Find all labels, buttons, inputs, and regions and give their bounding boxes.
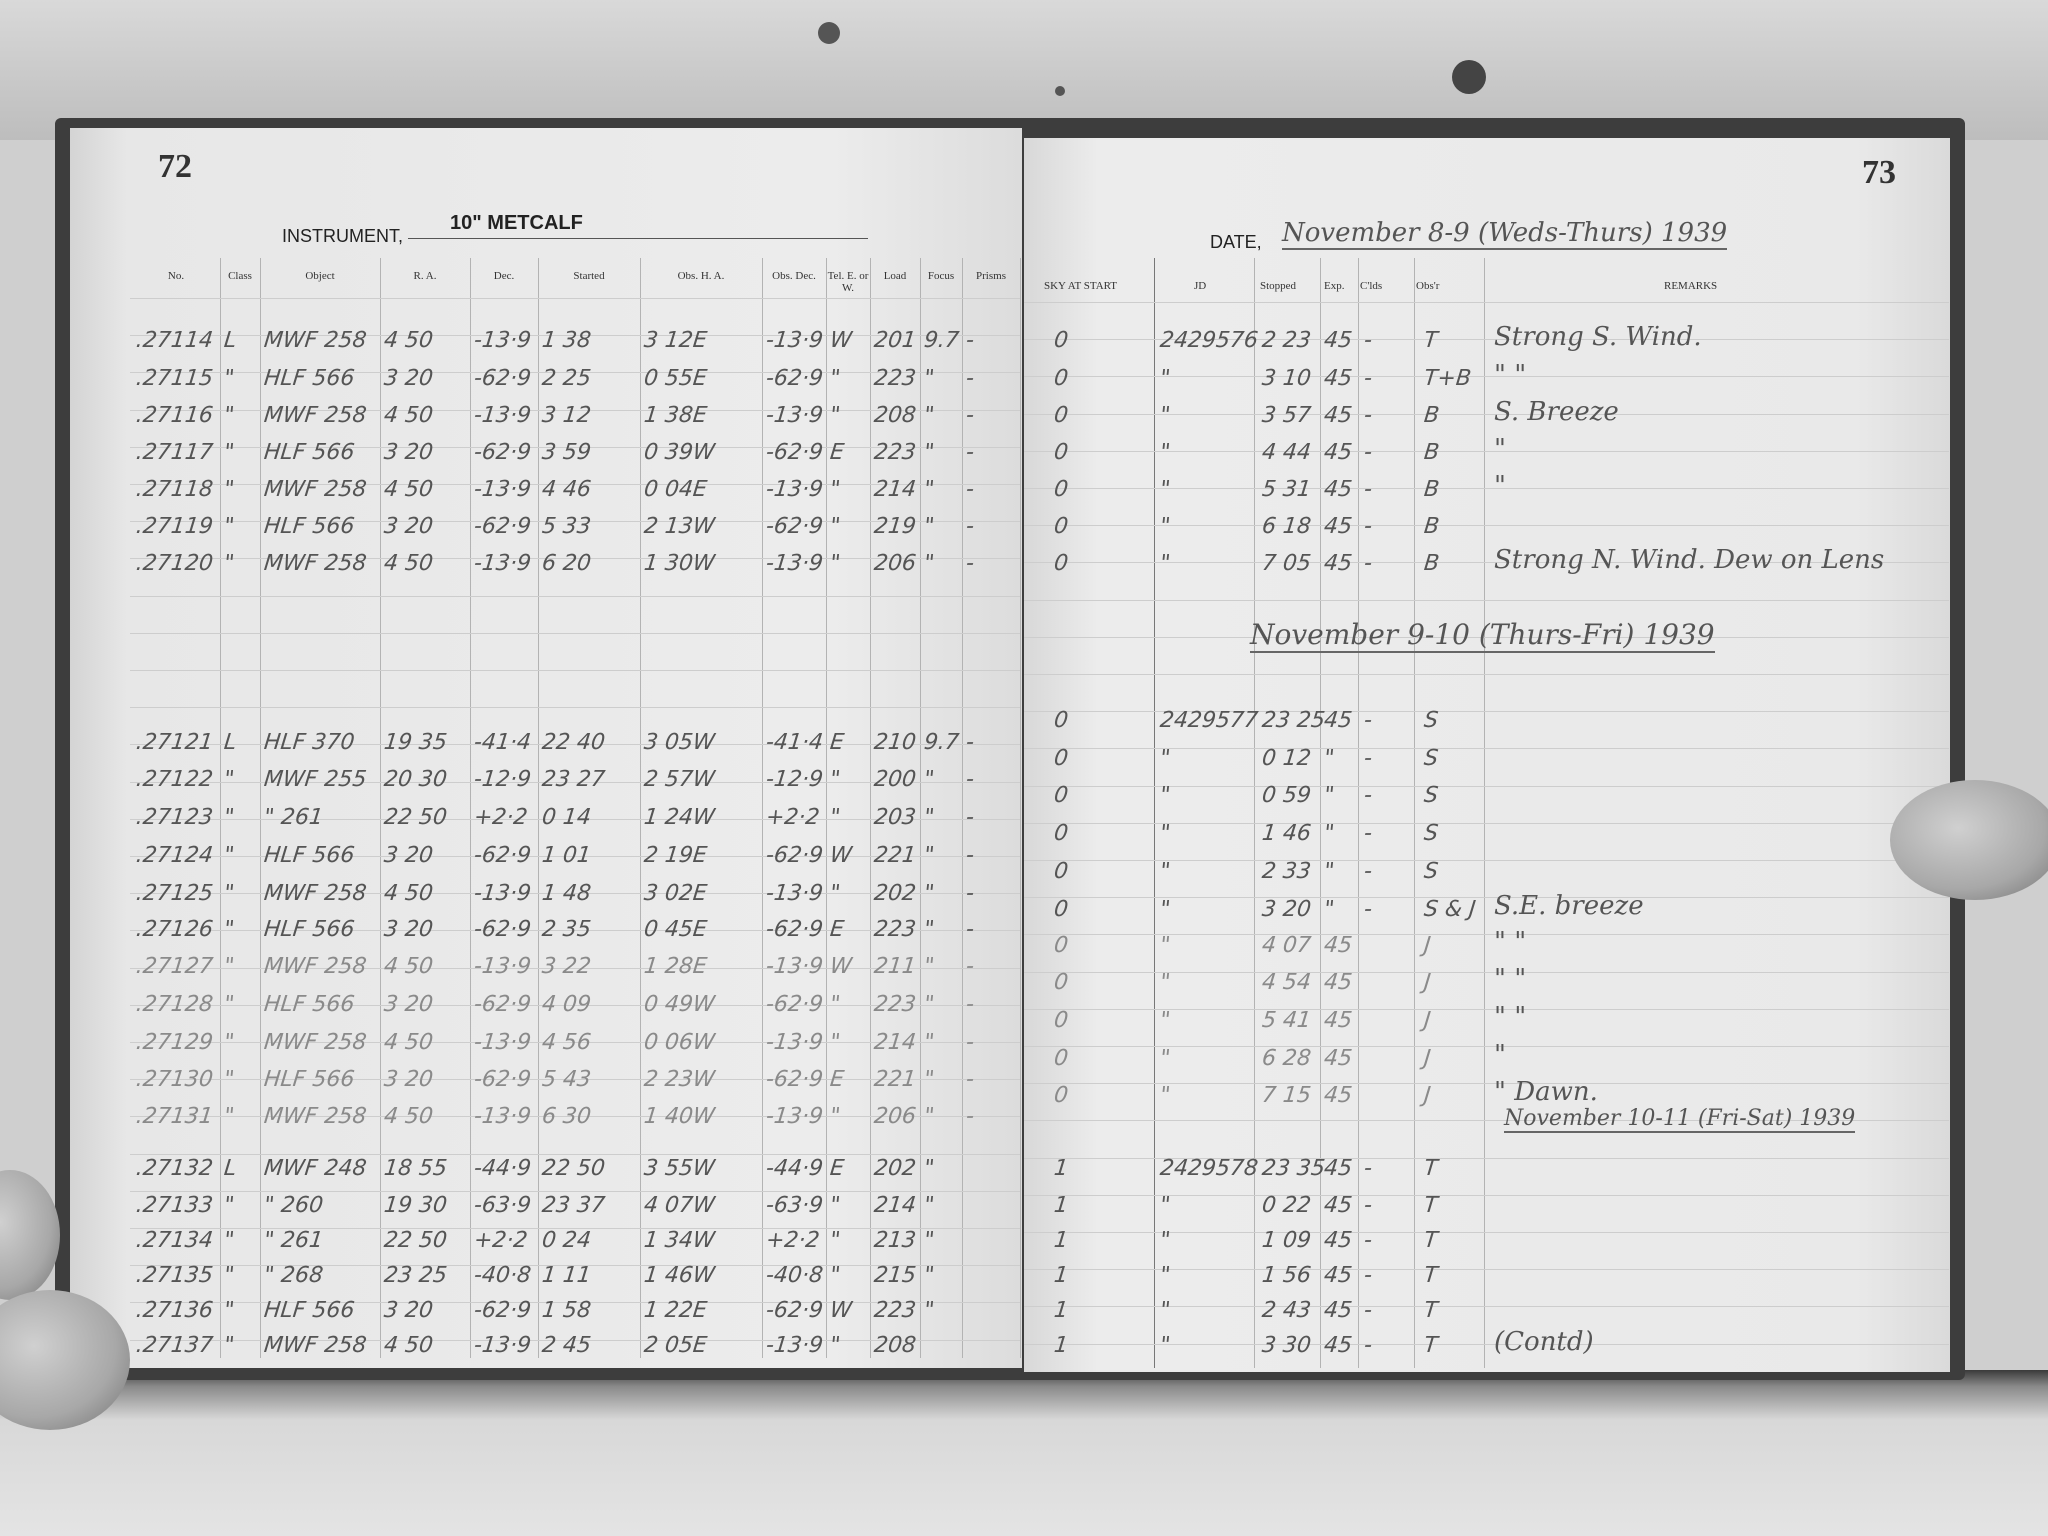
cell-jd: " (1159, 859, 1172, 884)
section-date-heading: November 10-11 (Fri-Sat) 1939 (1504, 1106, 1855, 1133)
cell-load: 208 (873, 1333, 918, 1358)
instrument-label: INSTRUMENT, (282, 226, 403, 247)
cell-focus: " (923, 805, 936, 830)
cell-focus: " (923, 1030, 936, 1055)
cell-class: L (223, 1156, 238, 1181)
cell-tel: " (829, 477, 842, 502)
cell-no: .27129 (135, 1030, 215, 1055)
cell-exp: " (1323, 859, 1336, 884)
column-rule (220, 258, 221, 1358)
cell-clds: - (1363, 403, 1374, 428)
cell-ra: 3 20 (383, 440, 435, 465)
cell-ha: 0 06W (643, 1030, 716, 1055)
cell-obs: J (1423, 1008, 1432, 1033)
cell-prism: - (965, 328, 976, 353)
column-header: Load (870, 270, 920, 282)
cell-clds: - (1363, 1156, 1374, 1181)
cell-started: 3 59 (541, 440, 593, 465)
cell-class: " (223, 514, 236, 539)
cell-tel: " (829, 1228, 842, 1253)
column-rule (920, 258, 921, 1358)
cell-prism: - (965, 366, 976, 391)
cell-stopped: 1 56 (1261, 1263, 1313, 1288)
cell-prism: - (965, 1104, 976, 1129)
cell-started: 22 40 (541, 730, 607, 755)
cell-ha: 3 55W (643, 1156, 716, 1181)
cell-remark: (Contd) (1494, 1327, 1594, 1357)
cell-clds: - (1363, 366, 1374, 391)
cell-ha: 2 57W (643, 767, 716, 792)
cell-load: 201 (873, 328, 918, 353)
cell-obs: T+B (1423, 366, 1473, 391)
cell-dec: -62·9 (473, 992, 533, 1017)
row-rule (130, 298, 1020, 299)
cell-clds: - (1363, 1263, 1374, 1288)
cell-jd: " (1159, 1228, 1172, 1253)
cell-clds: - (1363, 708, 1374, 733)
cell-sky: 0 (1053, 366, 1070, 391)
cell-stopped: 4 07 (1261, 933, 1313, 958)
cell-focus: 9.7 (923, 328, 961, 353)
cell-dec: +2·2 (473, 805, 529, 830)
column-header: Started (538, 270, 640, 282)
cell-exp: 45 (1323, 366, 1354, 391)
cell-started: 1 11 (541, 1263, 593, 1288)
right-page: 73 DATE, November 8-9 (Weds-Thurs) 1939 … (1024, 138, 1950, 1372)
cell-remark: Strong N. Wind. Dew on Lens (1494, 545, 1884, 575)
cell-ra: 23 25 (383, 1263, 449, 1288)
cell-ha: 1 40W (643, 1104, 716, 1129)
cell-tel: " (829, 805, 842, 830)
cell-started: 2 45 (541, 1333, 593, 1358)
cell-load: 206 (873, 551, 918, 576)
cell-ha: 1 22E (643, 1298, 709, 1323)
cell-tel: W (829, 328, 853, 353)
cell-no: .27115 (135, 366, 215, 391)
cell-jd: " (1159, 821, 1172, 846)
cell-no: .27121 (135, 730, 215, 755)
cell-obs: B (1423, 551, 1441, 576)
cell-ra: 4 50 (383, 1104, 435, 1129)
cell-obs_dec: -13·9 (765, 954, 825, 979)
cell-obs: T (1423, 328, 1439, 353)
cell-load: 219 (873, 514, 918, 539)
cell-remark: S.E. breeze (1494, 891, 1644, 921)
column-rule (1320, 258, 1321, 1368)
cell-exp: 45 (1323, 933, 1354, 958)
cell-focus: " (923, 477, 936, 502)
cell-dec: -13·9 (473, 1104, 533, 1129)
cell-jd: " (1159, 1333, 1172, 1358)
page-number: 73 (1862, 154, 1896, 192)
cell-ra: 4 50 (383, 881, 435, 906)
cell-obs_dec: -12·9 (765, 767, 825, 792)
instrument-underline (408, 238, 868, 239)
cell-jd: " (1159, 440, 1172, 465)
column-rule (1254, 258, 1255, 1368)
cell-obs_dec: -62·9 (765, 917, 825, 942)
cell-stopped: 0 22 (1261, 1193, 1313, 1218)
cell-dec: -13·9 (473, 328, 533, 353)
cell-tel: E (829, 440, 846, 465)
cell-clds: - (1363, 783, 1374, 808)
cell-object: MWF 258 (263, 551, 368, 576)
column-header: Obs. Dec. (762, 270, 826, 282)
cell-load: 223 (873, 440, 918, 465)
cell-dec: -13·9 (473, 954, 533, 979)
cell-ra: 19 35 (383, 730, 449, 755)
cell-sky: 1 (1053, 1263, 1070, 1288)
cell-ha: 4 07W (643, 1193, 716, 1218)
cell-obs_dec: -13·9 (765, 881, 825, 906)
cell-started: 6 20 (541, 551, 593, 576)
cell-started: 3 12 (541, 403, 593, 428)
cell-tel: " (829, 1193, 842, 1218)
cell-no: .27116 (135, 403, 215, 428)
cell-started: 0 24 (541, 1228, 593, 1253)
cell-prism: - (965, 767, 976, 792)
cell-jd: " (1159, 366, 1172, 391)
column-header: R. A. (380, 270, 470, 282)
cell-tel: " (829, 403, 842, 428)
cell-obs: T (1423, 1228, 1439, 1253)
cell-load: 223 (873, 366, 918, 391)
cell-load: 200 (873, 767, 918, 792)
cell-dec: -13·9 (473, 1030, 533, 1055)
cell-ra: 3 20 (383, 917, 435, 942)
cell-clds: - (1363, 514, 1374, 539)
row-rule (1024, 302, 1949, 303)
column-rule (538, 258, 539, 1358)
column-rule (1020, 258, 1021, 1358)
cell-object: " 268 (263, 1263, 325, 1288)
cell-tel: E (829, 1156, 846, 1181)
column-header: Focus (920, 270, 962, 282)
cell-focus: " (923, 440, 936, 465)
cell-focus: " (923, 1104, 936, 1129)
cell-ra: 4 50 (383, 551, 435, 576)
cell-obs: J (1423, 1046, 1432, 1071)
cell-stopped: 0 12 (1261, 746, 1313, 771)
cell-obs: J (1423, 1083, 1432, 1108)
cell-no: .27128 (135, 992, 215, 1017)
cell-sky: 0 (1053, 933, 1070, 958)
cell-ra: 4 50 (383, 1030, 435, 1055)
cell-focus: " (923, 767, 936, 792)
cell-prism: - (965, 881, 976, 906)
cell-class: " (223, 1298, 236, 1323)
cell-ra: 3 20 (383, 992, 435, 1017)
cell-load: 210 (873, 730, 918, 755)
cell-started: 23 37 (541, 1193, 607, 1218)
cell-ha: 1 28E (643, 954, 709, 979)
cell-class: " (223, 954, 236, 979)
cell-started: 6 30 (541, 1104, 593, 1129)
cell-ha: 0 55E (643, 366, 709, 391)
cell-no: .27131 (135, 1104, 215, 1129)
cell-object: MWF 258 (263, 1030, 368, 1055)
cell-class: " (223, 917, 236, 942)
cell-obs: T (1423, 1263, 1439, 1288)
cell-no: .27130 (135, 1067, 215, 1092)
row-rule (130, 596, 1020, 597)
cell-obs_dec: -62·9 (765, 992, 825, 1017)
column-header: No. (132, 270, 220, 282)
cell-class: " (223, 440, 236, 465)
cell-focus: " (923, 1298, 936, 1323)
cell-clds: - (1363, 440, 1374, 465)
cell-exp: 45 (1323, 1263, 1354, 1288)
cell-load: 223 (873, 917, 918, 942)
cell-obs: J (1423, 970, 1432, 995)
cell-ra: 4 50 (383, 954, 435, 979)
cell-no: .27120 (135, 551, 215, 576)
cell-load: 214 (873, 477, 918, 502)
cell-focus: " (923, 992, 936, 1017)
row-rule (130, 707, 1020, 708)
cell-ha: 0 49W (643, 992, 716, 1017)
cell-stopped: 3 30 (1261, 1333, 1313, 1358)
cell-remark: S. Breeze (1494, 397, 1619, 427)
cell-focus: " (923, 1156, 936, 1181)
cell-sky: 0 (1053, 328, 1070, 353)
cell-ha: 2 19E (643, 843, 709, 868)
cell-exp: " (1323, 783, 1336, 808)
cell-obs: B (1423, 440, 1441, 465)
cell-object: HLF 566 (263, 1067, 356, 1092)
cell-clds: - (1363, 1228, 1374, 1253)
cell-obs_dec: -62·9 (765, 843, 825, 868)
cell-obs_dec: -63·9 (765, 1193, 825, 1218)
column-header: Prisms (962, 270, 1020, 282)
column-header: Object (260, 270, 380, 282)
cell-stopped: 5 41 (1261, 1008, 1313, 1033)
cell-dec: -62·9 (473, 514, 533, 539)
cell-clds: - (1363, 746, 1374, 771)
cell-sky: 0 (1053, 440, 1070, 465)
cell-exp: 45 (1323, 1156, 1354, 1181)
cell-dec: -62·9 (473, 440, 533, 465)
cell-load: 208 (873, 403, 918, 428)
cell-no: .27119 (135, 514, 215, 539)
cell-object: HLF 370 (263, 730, 356, 755)
cell-stopped: 3 10 (1261, 366, 1313, 391)
column-header: Exp. (1324, 280, 1344, 292)
cell-remark: " (1494, 471, 1506, 501)
cell-focus: " (923, 1228, 936, 1253)
cell-object: MWF 258 (263, 881, 368, 906)
date-value: November 8-9 (Weds-Thurs) 1939 (1282, 218, 1727, 250)
cell-prism: - (965, 514, 976, 539)
cell-class: " (223, 881, 236, 906)
column-rule (962, 258, 963, 1358)
cell-object: " 261 (263, 805, 325, 830)
cell-ha: 3 12E (643, 328, 709, 353)
cell-class: L (223, 730, 238, 755)
cell-remark: " " (1494, 927, 1526, 957)
cell-ra: 3 20 (383, 843, 435, 868)
cell-obs_dec: -13·9 (765, 551, 825, 576)
cell-prism: - (965, 730, 976, 755)
cell-object: MWF 258 (263, 954, 368, 979)
cell-clds: - (1363, 551, 1374, 576)
cell-object: MWF 258 (263, 1104, 368, 1129)
cell-obs_dec: -41·4 (765, 730, 825, 755)
column-rule (762, 258, 763, 1358)
cell-stopped: 4 54 (1261, 970, 1313, 995)
cell-sky: 0 (1053, 1046, 1070, 1071)
cell-object: HLF 566 (263, 514, 356, 539)
cell-obs_dec: -13·9 (765, 328, 825, 353)
cell-started: 1 48 (541, 881, 593, 906)
cell-obs: T (1423, 1333, 1439, 1358)
cell-class: " (223, 1193, 236, 1218)
cell-stopped: 5 31 (1261, 477, 1313, 502)
cell-remark: " " (1494, 964, 1526, 994)
column-header: Class (220, 270, 260, 282)
cell-ra: 4 50 (383, 1333, 435, 1358)
cell-ha: 1 38E (643, 403, 709, 428)
cell-focus: " (923, 917, 936, 942)
cell-tel: W (829, 1298, 853, 1323)
cell-tel: E (829, 917, 846, 942)
cell-exp: 45 (1323, 1228, 1354, 1253)
cell-exp: 45 (1323, 551, 1354, 576)
cell-ra: 3 20 (383, 1067, 435, 1092)
cell-obs: J (1423, 933, 1432, 958)
cell-ha: 2 23W (643, 1067, 716, 1092)
cell-jd: " (1159, 746, 1172, 771)
cell-stopped: 4 44 (1261, 440, 1313, 465)
cell-obs: B (1423, 403, 1441, 428)
cell-focus: " (923, 366, 936, 391)
cell-dec: -13·9 (473, 551, 533, 576)
cell-obs: S & J (1423, 897, 1477, 922)
cell-stopped: 1 09 (1261, 1228, 1313, 1253)
column-rule (640, 258, 641, 1358)
cell-exp: 45 (1323, 1046, 1354, 1071)
cell-load: 203 (873, 805, 918, 830)
cell-jd: " (1159, 1263, 1172, 1288)
cell-exp: 45 (1323, 514, 1354, 539)
cell-class: " (223, 767, 236, 792)
cell-focus: " (923, 551, 936, 576)
cell-stopped: 23 25 (1261, 708, 1327, 733)
cell-obs: T (1423, 1298, 1439, 1323)
cell-object: HLF 566 (263, 917, 356, 942)
section-date-heading: November 9-10 (Thurs-Fri) 1939 (1250, 618, 1715, 653)
cell-stopped: 6 18 (1261, 514, 1313, 539)
cell-obs_dec: -13·9 (765, 403, 825, 428)
cell-ha: 0 39W (643, 440, 716, 465)
cell-object: MWF 255 (263, 767, 368, 792)
cell-sky: 1 (1053, 1193, 1070, 1218)
date-label: DATE, (1210, 232, 1262, 253)
column-rule (470, 258, 471, 1358)
cell-load: 214 (873, 1193, 918, 1218)
cell-class: " (223, 1228, 236, 1253)
cell-no: .27135 (135, 1263, 215, 1288)
cell-ha: 3 02E (643, 881, 709, 906)
cell-started: 4 09 (541, 992, 593, 1017)
cell-obs: S (1423, 708, 1440, 733)
cell-stopped: 0 59 (1261, 783, 1313, 808)
cell-jd: " (1159, 970, 1172, 995)
cell-started: 2 25 (541, 366, 593, 391)
cell-ha: 1 30W (643, 551, 716, 576)
column-rule (1414, 258, 1415, 1368)
cell-remark: Strong S. Wind. (1494, 322, 1702, 352)
cell-exp: 45 (1323, 1083, 1354, 1108)
cell-sky: 0 (1053, 821, 1070, 846)
cell-no: .27122 (135, 767, 215, 792)
cell-jd: " (1159, 551, 1172, 576)
cell-class: " (223, 366, 236, 391)
cell-no: .27126 (135, 917, 215, 942)
cell-exp: 45 (1323, 328, 1354, 353)
cell-load: 221 (873, 1067, 918, 1092)
cell-obs: T (1423, 1156, 1439, 1181)
cell-dec: -62·9 (473, 917, 533, 942)
cell-sky: 0 (1053, 403, 1070, 428)
cell-sky: 0 (1053, 551, 1070, 576)
cell-sky: 0 (1053, 477, 1070, 502)
cell-tel: W (829, 843, 853, 868)
column-header: SKY AT START (1044, 280, 1117, 292)
cell-load: 213 (873, 1228, 918, 1253)
cell-object: MWF 258 (263, 477, 368, 502)
cell-ra: 20 30 (383, 767, 449, 792)
cell-sky: 0 (1053, 859, 1070, 884)
wood-knot (1452, 60, 1486, 94)
cell-load: 215 (873, 1263, 918, 1288)
cell-sky: 1 (1053, 1228, 1070, 1253)
cell-remark: " Dawn. (1494, 1077, 1598, 1107)
cell-remark: " " (1494, 360, 1526, 390)
cell-jd: " (1159, 1298, 1172, 1323)
cell-load: 206 (873, 1104, 918, 1129)
cell-sky: 0 (1053, 970, 1070, 995)
cell-tel: E (829, 1067, 846, 1092)
cell-focus: 9.7 (923, 730, 961, 755)
cell-ra: 22 50 (383, 805, 449, 830)
cell-remark: " (1494, 1040, 1506, 1070)
cell-obs: B (1423, 477, 1441, 502)
cell-exp: 45 (1323, 1008, 1354, 1033)
cell-clds: - (1363, 821, 1374, 846)
cell-ra: 3 20 (383, 366, 435, 391)
cell-started: 5 43 (541, 1067, 593, 1092)
cell-obs: S (1423, 859, 1440, 884)
cell-dec: +2·2 (473, 1228, 529, 1253)
cell-started: 5 33 (541, 514, 593, 539)
cell-ha: 0 04E (643, 477, 709, 502)
column-header: Stopped (1260, 280, 1296, 292)
cell-stopped: 2 43 (1261, 1298, 1313, 1323)
cell-clds: - (1363, 328, 1374, 353)
cell-tel: " (829, 767, 842, 792)
cell-started: 4 46 (541, 477, 593, 502)
cell-prism: - (965, 477, 976, 502)
cell-no: .27117 (135, 440, 215, 465)
cell-tel: " (829, 1263, 842, 1288)
table-surface (0, 1370, 2048, 1536)
left-page: 72 INSTRUMENT, 10" METCALF No.ClassObjec… (70, 128, 1022, 1368)
cell-exp: 45 (1323, 708, 1354, 733)
cell-focus: " (923, 881, 936, 906)
cell-no: .27123 (135, 805, 215, 830)
cell-ha: 1 46W (643, 1263, 716, 1288)
